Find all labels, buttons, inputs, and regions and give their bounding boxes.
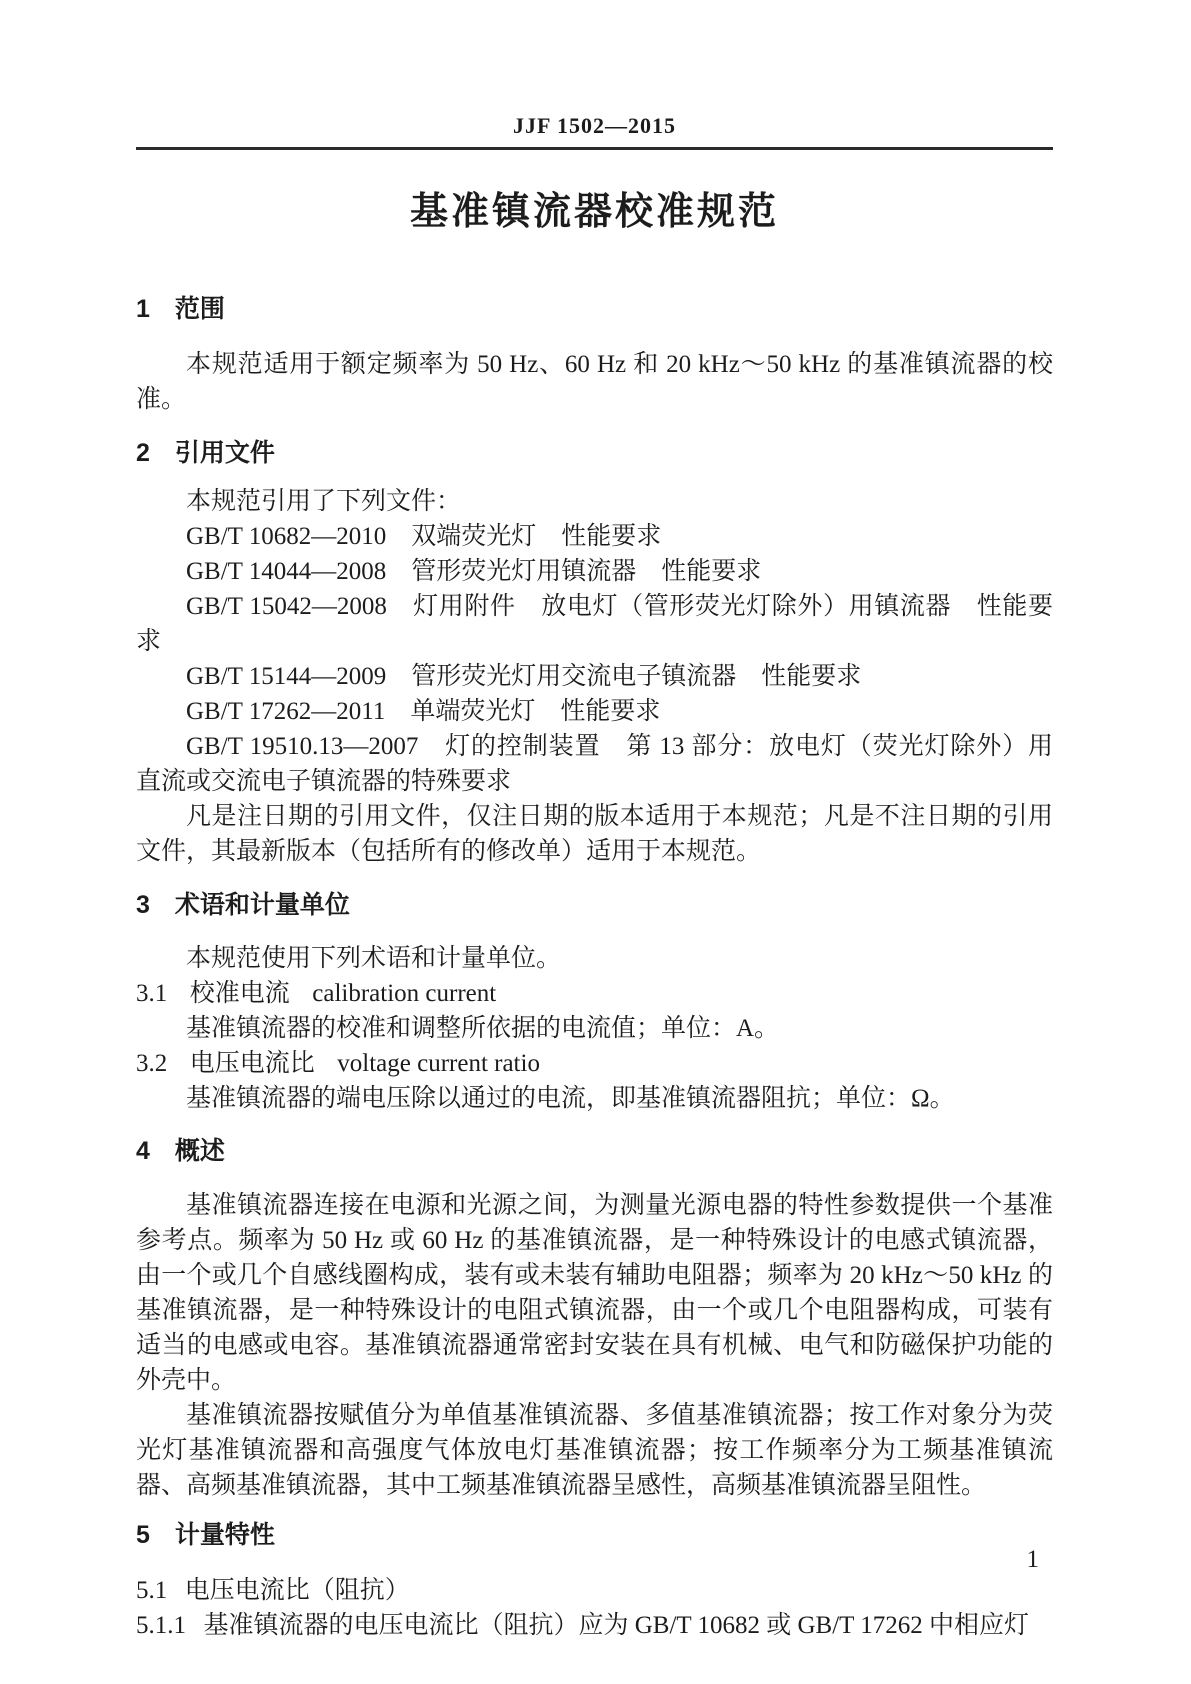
term-3-1-heading: 3.1校准电流calibration current	[136, 976, 1053, 1011]
section-1-title: 范围	[175, 295, 225, 323]
section-1-paragraph: 本规范适用于额定频率为 50 Hz、60 Hz 和 20 kHz～50 kHz …	[136, 347, 1053, 417]
section-5-heading: 5计量特性	[136, 1518, 1053, 1553]
doc-code: JJF 1502—2015	[136, 112, 1053, 140]
term-number: 3.2	[136, 1050, 167, 1077]
subsection-title: 电压电流比（阻抗）	[185, 1577, 410, 1604]
reference-item: GB/T 14044—2008 管形荧光灯用镇流器 性能要求	[136, 554, 1053, 589]
section-4-heading: 4概述	[136, 1134, 1053, 1169]
reference-item: GB/T 15144—2009 管形荧光灯用交流电子镇流器 性能要求	[136, 659, 1053, 694]
reference-item: GB/T 10682—2010 双端荧光灯 性能要求	[136, 519, 1053, 554]
term-name-en: voltage current ratio	[337, 1050, 540, 1077]
subsection-5-1-heading: 5.1电压电流比（阻抗）	[136, 1573, 1053, 1608]
reference-item: GB/T 17262—2011 单端荧光灯 性能要求	[136, 694, 1053, 729]
term-number: 3.1	[136, 980, 167, 1007]
section-2-note: 凡是注日期的引用文件，仅注日期的版本适用于本规范；凡是不注日期的引用文件，其最新…	[136, 799, 1053, 869]
clause-number: 5.1.1	[136, 1612, 186, 1639]
clause-5-1-1: 5.1.1基准镇流器的电压电流比（阻抗）应为 GB/T 10682 或 GB/T…	[136, 1608, 1053, 1643]
term-3-1-definition: 基准镇流器的校准和调整所依据的电流值；单位：A。	[136, 1011, 1053, 1046]
subsection-number: 5.1	[136, 1577, 167, 1604]
section-3-intro: 本规范使用下列术语和计量单位。	[136, 941, 1053, 976]
section-2-intro: 本规范引用了下列文件：	[136, 484, 1053, 519]
section-1-heading: 1范围	[136, 292, 1053, 327]
clause-text: 基准镇流器的电压电流比（阻抗）应为 GB/T 10682 或 GB/T 1726…	[204, 1612, 1030, 1639]
doc-title: 基准镇流器校准规范	[136, 189, 1053, 235]
term-name-zh: 校准电流	[190, 980, 290, 1007]
section-3-heading: 3术语和计量单位	[136, 888, 1053, 923]
page-number: 1	[1027, 1542, 1040, 1577]
section-2-number: 2	[136, 439, 150, 467]
term-name-zh: 电压电流比	[190, 1050, 315, 1077]
term-3-2-heading: 3.2电压电流比voltage current ratio	[136, 1046, 1053, 1081]
section-4-number: 4	[136, 1137, 150, 1165]
section-5-title: 计量特性	[175, 1521, 275, 1549]
section-5-number: 5	[136, 1521, 150, 1549]
section-2-heading: 2引用文件	[136, 436, 1053, 471]
section-2-title: 引用文件	[175, 439, 275, 467]
section-3-title: 术语和计量单位	[175, 891, 350, 919]
header-rule	[136, 147, 1053, 150]
section-4-paragraph-2: 基准镇流器按赋值分为单值基准镇流器、多值基准镇流器；按工作对象分为荧光灯基准镇流…	[136, 1398, 1053, 1503]
reference-item: GB/T 15042—2008 灯用附件 放电灯（管形荧光灯除外）用镇流器 性能…	[136, 589, 1053, 659]
document-page: JJF 1502—2015 基准镇流器校准规范 1范围 本规范适用于额定频率为 …	[0, 0, 1191, 1684]
page-content: JJF 1502—2015 基准镇流器校准规范 1范围 本规范适用于额定频率为 …	[136, 0, 1053, 1643]
section-3-number: 3	[136, 891, 150, 919]
term-3-2-definition: 基准镇流器的端电压除以通过的电流，即基准镇流器阻抗；单位：Ω。	[136, 1081, 1053, 1116]
section-4-paragraph-1: 基准镇流器连接在电源和光源之间，为测量光源电器的特性参数提供一个基准参考点。频率…	[136, 1188, 1053, 1398]
term-name-en: calibration current	[312, 980, 496, 1007]
section-1-number: 1	[136, 295, 150, 323]
section-4-title: 概述	[175, 1137, 225, 1165]
reference-item: GB/T 19510.13—2007 灯的控制装置 第 13 部分：放电灯（荧光…	[136, 729, 1053, 799]
